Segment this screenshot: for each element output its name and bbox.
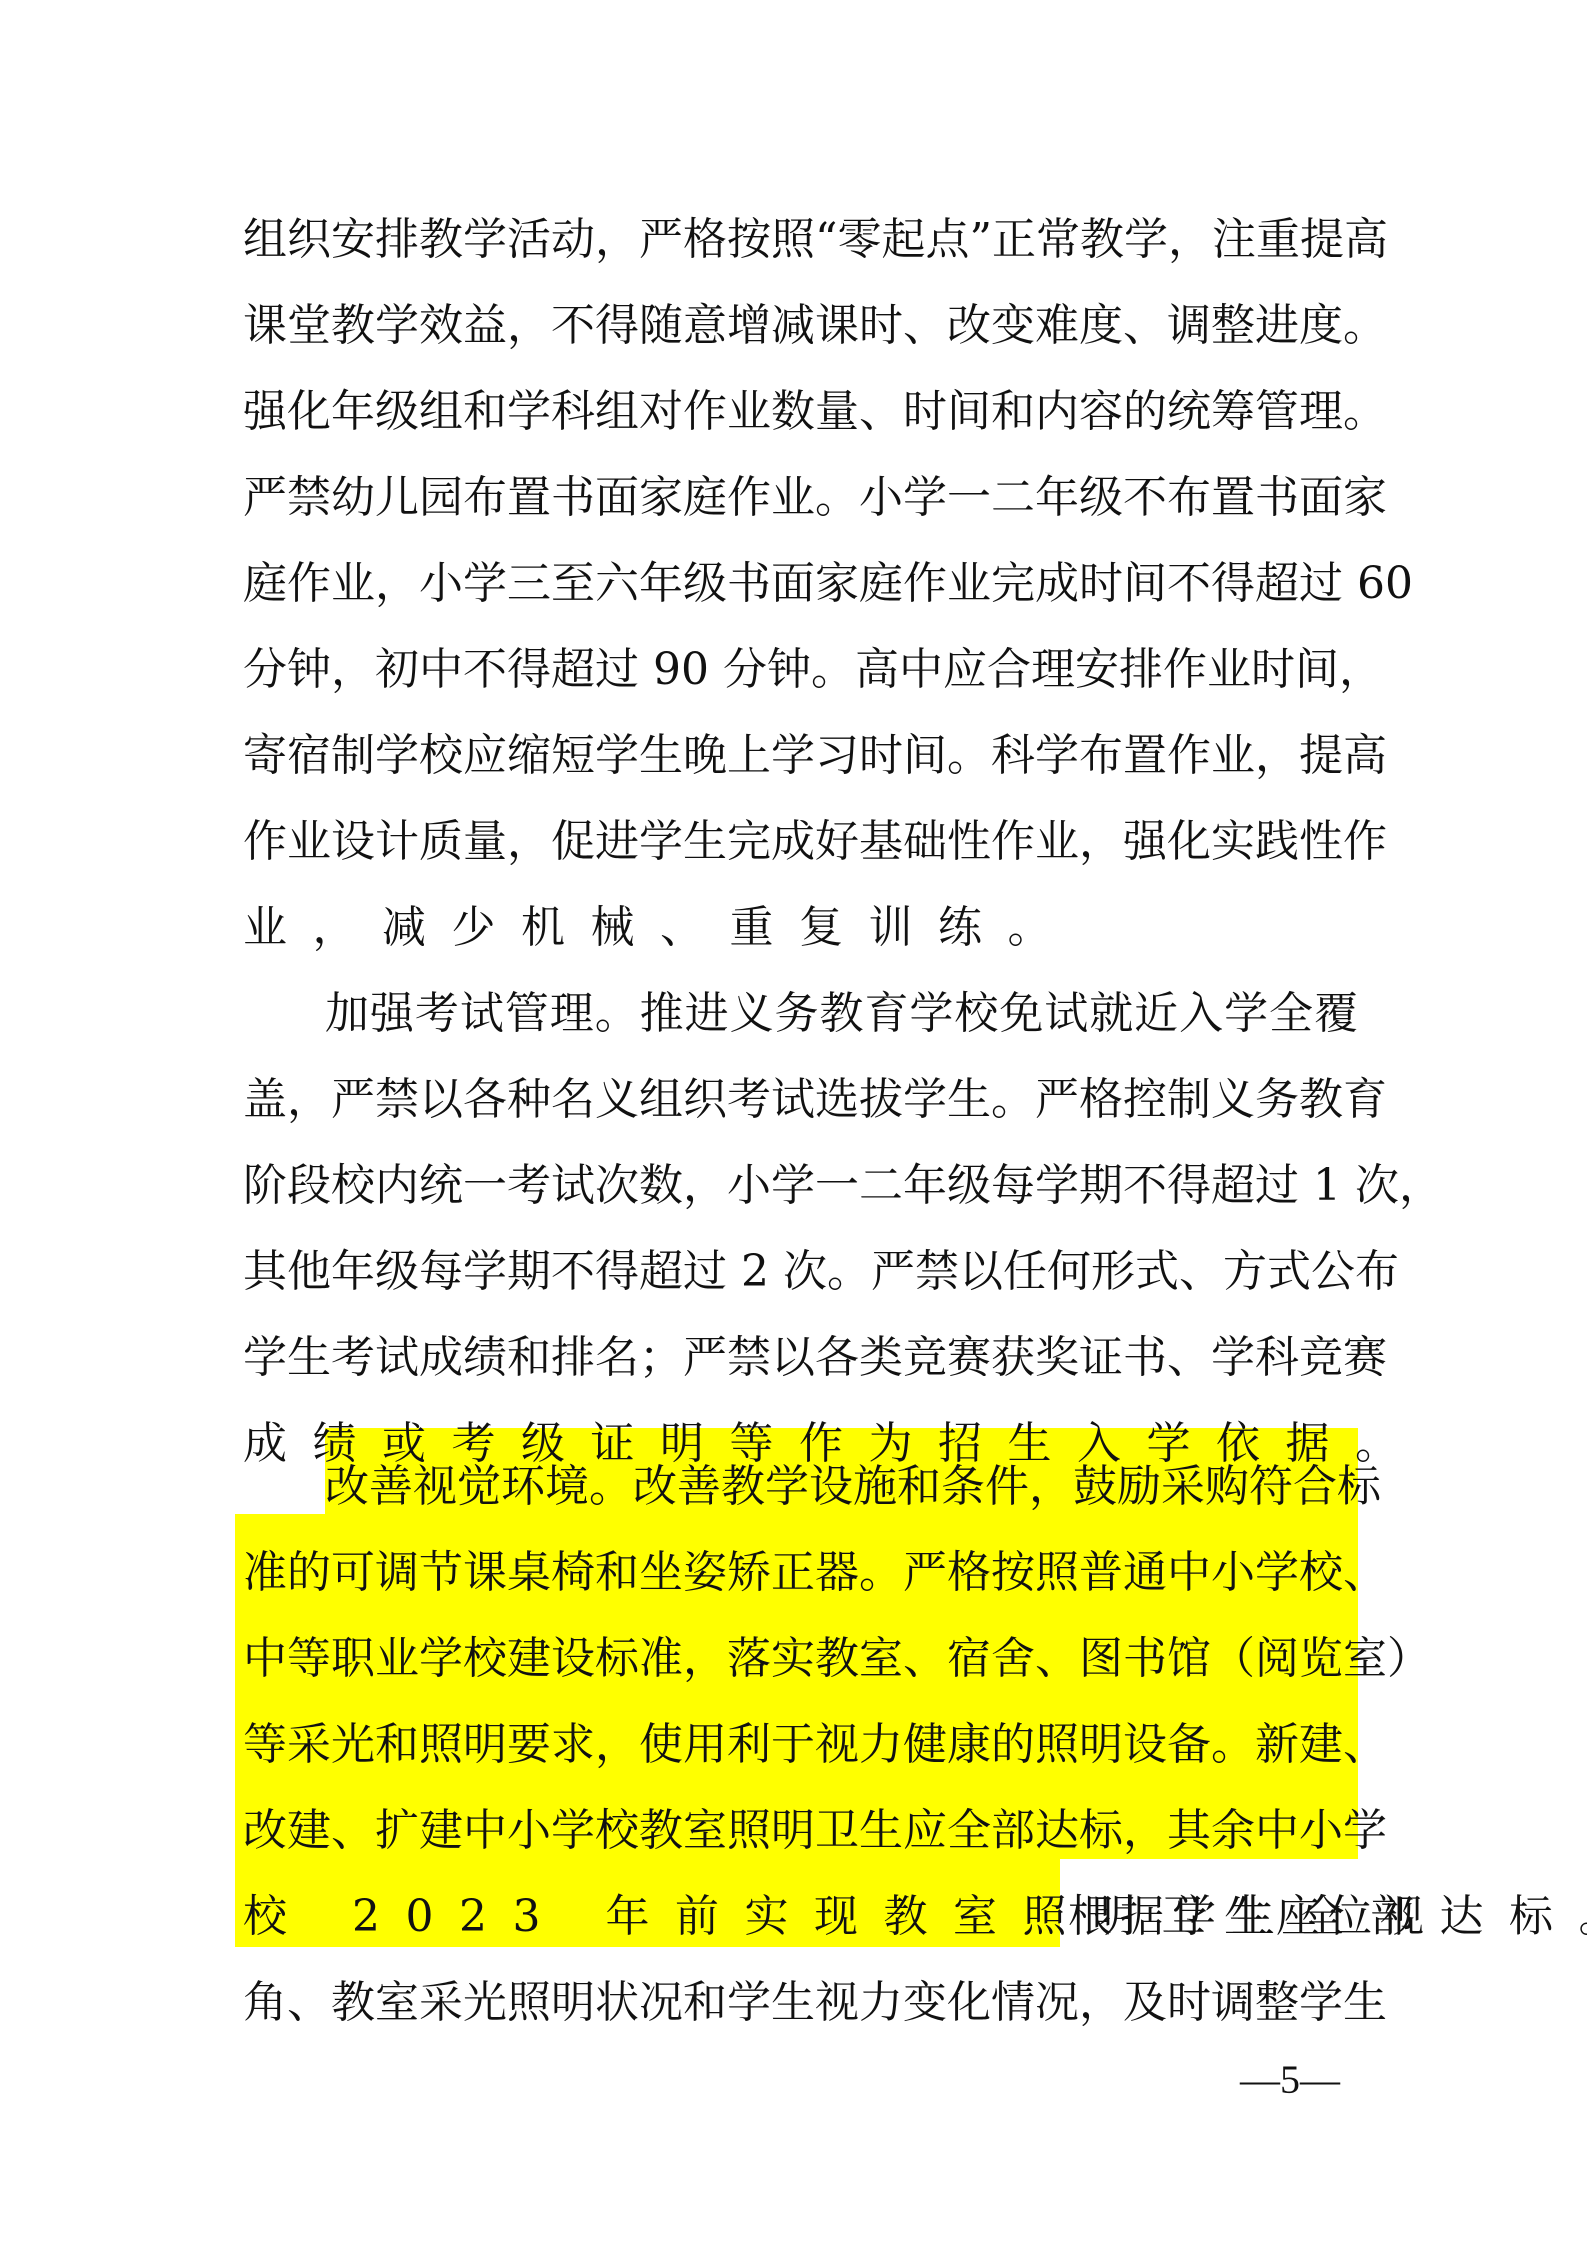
line-text: 盖，严禁以各种名义组织考试选拔学生。严格控制义务教育 [243,1074,1387,1125]
paragraph-line: 阶段校内统一考试次数，小学一二年级每学期不得超过 1 次， [243,1143,1358,1229]
line-text: 分钟，初中不得超过 90 分钟。高中应合理安排作业时间， [243,644,1383,695]
highlighted-text: 等采光和照明要求，使用利于视力健康的照明设备。新建、 [243,1719,1387,1770]
highlighted-text: 改建、扩建中小学校教室照明卫生应全部达标，其余中小学 [243,1805,1387,1856]
paragraph-line: 庭作业，小学三至六年级书面家庭作业完成时间不得超过 60 [243,541,1358,627]
paragraph-line: 寄宿制学校应缩短学生晚上学习时间。科学布置作业，提高 [243,713,1358,799]
line-text: 寄宿制学校应缩短学生晚上学习时间。科学布置作业，提高 [243,730,1387,781]
line-text: 强化年级组和学科组对作业数量、时间和内容的统筹管理。 [243,386,1387,437]
highlighted-text: 中等职业学校建设标准，落实教室、宿舍、图书馆（阅览室） [243,1633,1431,1684]
line-text: 课堂教学效益，不得随意增减课时、改变难度、调整进度。 [243,300,1387,351]
paragraph-line: 业，减少机械、重复训练。 [243,885,1358,971]
paragraph-line: 分钟，初中不得超过 90 分钟。高中应合理安排作业时间， [243,627,1358,713]
paragraph-line: 角、教室采光照明状况和学生视力变化情况，及时调整学生 [243,1960,1358,2046]
line-text: 阶段校内统一考试次数，小学一二年级每学期不得超过 1 次， [243,1160,1443,1211]
paragraph-line-continuation: 根据学生座位视 [1068,1874,1358,1960]
paragraph-line: 盖，严禁以各种名义组织考试选拔学生。严格控制义务教育 [243,1057,1358,1143]
line-text: 庭作业，小学三至六年级书面家庭作业完成时间不得超过 60 [243,558,1413,609]
highlighted-paragraph-line: 等采光和照明要求，使用利于视力健康的照明设备。新建、 [243,1702,1358,1788]
line-text: 其他年级每学期不得超过 2 次。严禁以任何形式、方式公布 [243,1246,1399,1297]
line-text: 组织安排教学活动，严格按照“零起点”正常教学，注重提高 [243,214,1388,265]
highlighted-paragraph-line: 准的可调节课桌椅和坐姿矫正器。严格按照普通中小学校、 [243,1530,1358,1616]
line-text: 角、教室采光照明状况和学生视力变化情况，及时调整学生 [243,1977,1387,2028]
line-text: 作业设计质量，促进学生完成好基础性作业，强化实践性作 [243,816,1387,867]
highlighted-paragraph-line: 校 2023 年前实现教室照明卫生全部达标。 [243,1874,1058,1960]
paragraph-line: 课堂教学效益，不得随意增减课时、改变难度、调整进度。 [243,283,1358,369]
highlighted-text: 准的可调节课桌椅和坐姿矫正器。严格按照普通中小学校、 [243,1547,1387,1598]
line-text: 业，减少机械、重复训练。 [243,902,1077,953]
paragraph-line: 强化年级组和学科组对作业数量、时间和内容的统筹管理。 [243,369,1358,455]
paragraph-line: 组织安排教学活动，严格按照“零起点”正常教学，注重提高 [243,197,1358,283]
line-text: 学生考试成绩和排名；严禁以各类竞赛获奖证书、学科竞赛 [243,1332,1387,1383]
paragraph-line: 学生考试成绩和排名；严禁以各类竞赛获奖证书、学科竞赛 [243,1315,1358,1401]
paragraph-line: 其他年级每学期不得超过 2 次。严禁以任何形式、方式公布 [243,1229,1358,1315]
document-page: 组织安排教学活动，严格按照“零起点”正常教学，注重提高 课堂教学效益，不得随意增… [0,0,1587,2245]
line-text: 加强考试管理。推进义务教育学校免试就近入学全覆 [325,988,1358,1039]
highlighted-text: 改善视觉环境。改善教学设施和条件，鼓励采购符合标 [325,1461,1381,1512]
paragraph-line: 作业设计质量，促进学生完成好基础性作业，强化实践性作 [243,799,1358,885]
highlighted-paragraph-line: 改建、扩建中小学校教室照明卫生应全部达标，其余中小学 [243,1788,1358,1874]
paragraph-line: 严禁幼儿园布置书面家庭作业。小学一二年级不布置书面家 [243,455,1358,541]
line-text: 严禁幼儿园布置书面家庭作业。小学一二年级不布置书面家 [243,472,1387,523]
page-number: —5— [1240,2055,1340,2105]
line-text: 根据学生座位视 [1068,1891,1432,1942]
highlighted-paragraph-line: 中等职业学校建设标准，落实教室、宿舍、图书馆（阅览室） [243,1616,1358,1702]
paragraph-first-line: 加强考试管理。推进义务教育学校免试就近入学全覆 [325,971,1358,1057]
